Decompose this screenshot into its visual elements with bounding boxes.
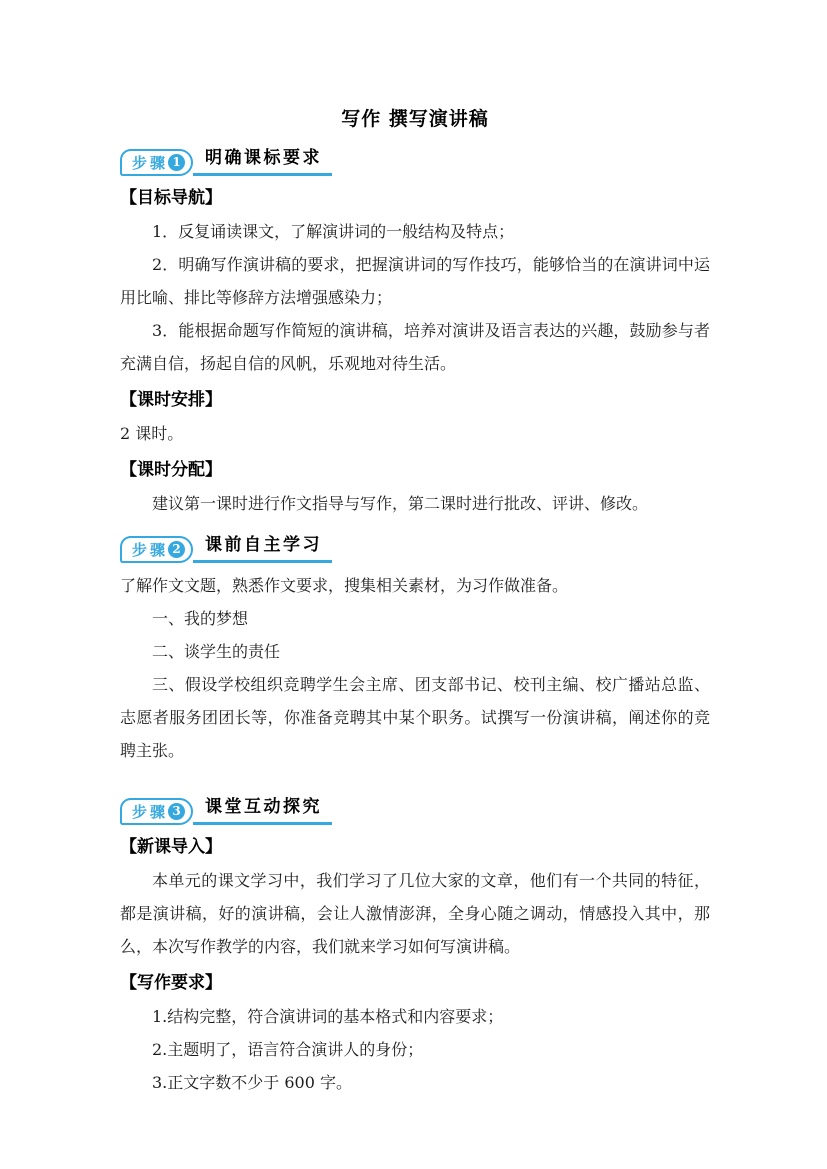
writing-req-item-3: 3.正文字数不少于 600 字。	[120, 1066, 710, 1099]
step2-number-circle-icon: 2	[168, 541, 185, 558]
writing-req-item-2: 2.主题明了，语言符合演讲人的身份；	[120, 1033, 710, 1066]
step3-header: 步骤 3 课堂互动探究	[120, 792, 710, 825]
pre-class-topic-1: 一、我的梦想	[120, 602, 710, 635]
step1-number-circle-icon: 1	[168, 154, 185, 171]
step3-badge: 步骤 3	[120, 798, 193, 825]
class-schedule-text: 2 课时。	[120, 417, 710, 450]
new-lesson-text: 本单元的课文学习中，我们学习了几位大家的文章，他们有一个共同的特征，都是演讲稿，…	[120, 864, 710, 963]
goal-nav-item-1: 1．反复诵读课文，了解演讲词的一般结构及特点；	[120, 215, 710, 248]
pre-class-intro: 了解作文文题，熟悉作文要求，搜集相关素材，为习作做准备。	[120, 569, 710, 602]
class-schedule-heading: 【课时安排】	[120, 384, 710, 417]
step2-body: 了解作文文题，熟悉作文要求，搜集相关素材，为习作做准备。 一、我的梦想 二、谈学…	[120, 569, 710, 767]
step3-title: 课堂互动探究	[193, 792, 332, 825]
step2-badge-label: 步骤	[132, 539, 168, 560]
document-page: 写作 撰写演讲稿 步骤 1 明确课标要求 【目标导航】 1．反复诵读课文，了解演…	[0, 0, 827, 1169]
writing-req-heading: 【写作要求】	[120, 967, 710, 1000]
step1-body: 【目标导航】 1．反复诵读课文，了解演讲词的一般结构及特点； 2．明确写作演讲稿…	[120, 182, 710, 520]
goal-nav-item-3: 3．能根据命题写作简短的演讲稿，培养对演讲及语言表达的兴趣，鼓励参与者充满自信，…	[120, 314, 710, 380]
step1-header: 步骤 1 明确课标要求	[120, 143, 710, 176]
step2-title: 课前自主学习	[193, 530, 332, 563]
step1-title: 明确课标要求	[193, 143, 332, 176]
pre-class-topic-3: 三、假设学校组织竞聘学生会主席、团支部书记、校刊主编、校广播站总监、志愿者服务团…	[120, 668, 710, 767]
writing-req-item-1: 1.结构完整，符合演讲词的基本格式和内容要求；	[120, 1000, 710, 1033]
class-allocation-heading: 【课时分配】	[120, 454, 710, 487]
goal-nav-item-2: 2．明确写作演讲稿的要求，把握演讲词的写作技巧，能够恰当的在演讲词中运用比喻、排…	[120, 248, 710, 314]
step3-badge-label: 步骤	[132, 801, 168, 822]
step1-badge: 步骤 1	[120, 149, 193, 176]
step2-header: 步骤 2 课前自主学习	[120, 530, 710, 563]
goal-nav-heading: 【目标导航】	[120, 182, 710, 215]
class-allocation-text: 建议第一课时进行作文指导与写作，第二课时进行批改、评讲、修改。	[120, 487, 710, 520]
new-lesson-heading: 【新课导入】	[120, 831, 710, 864]
step2-badge: 步骤 2	[120, 536, 193, 563]
step1-badge-label: 步骤	[132, 152, 168, 173]
step3-body: 【新课导入】 本单元的课文学习中，我们学习了几位大家的文章，他们有一个共同的特征…	[120, 831, 710, 1099]
pre-class-topic-2: 二、谈学生的责任	[120, 635, 710, 668]
document-title: 写作 撰写演讲稿	[120, 106, 710, 132]
step3-number-circle-icon: 3	[168, 803, 185, 820]
